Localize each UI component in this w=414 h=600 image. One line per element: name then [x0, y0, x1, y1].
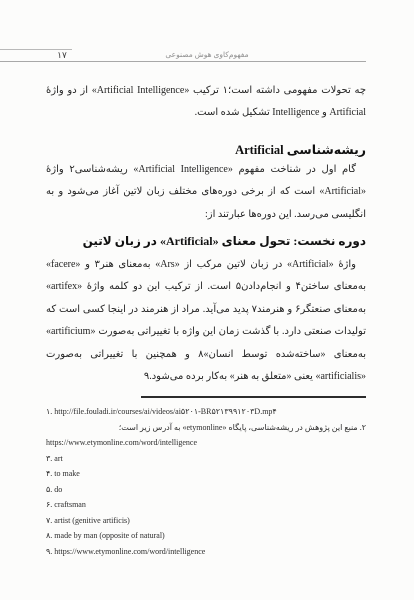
footnote-item: ۳. art: [46, 451, 366, 467]
paragraph-line: «Artificial» است که از برخی دوره‌های مخت…: [46, 181, 366, 203]
paragraph-line: «artificialis» یعنی «متعلق به هنر» به‌کا…: [46, 366, 366, 388]
body-text-block: چه تحولات مفهومی داشته است؛۱ ترکیب «Arti…: [46, 80, 366, 559]
paragraph-latin-meaning: واژهٔ «Artificial» در زبان لاتین مرکب از…: [46, 254, 366, 388]
footnote-item: ۷. artist (genitive artificis): [46, 513, 366, 529]
running-header-title: مفهوم‌کاوی هوش مصنوعی: [0, 50, 414, 59]
footnote-item: ۹. https://www.etymonline.com/word/intel…: [46, 544, 366, 560]
footnote-item: ۴. to make: [46, 466, 366, 482]
paragraph-line: واژهٔ «Artificial» در زبان لاتین مرکب از…: [46, 254, 366, 276]
paragraph-line: گام اول در شناخت مفهوم «Artificial Intel…: [46, 159, 366, 181]
section-heading-first-period-latin: دوره نخست: تحول معنای «Artificial» در زب…: [46, 232, 366, 250]
paragraph-line: Artificial و Intelligence تشکیل شده است.: [46, 102, 366, 124]
paragraph-line: به‌معنای «ساخته‌شده توسط انسان»۸ و همچنی…: [46, 344, 366, 366]
section-heading-artificial-etymology: ریشه‌شناسی Artificial: [46, 141, 366, 159]
footnotes-block: ۱. http://file.fouladi.ir/courses/ai/vid…: [46, 404, 366, 559]
footnote-item: ۱. http://file.fouladi.ir/courses/ai/vid…: [46, 404, 366, 420]
footnote-item: ۵. do: [46, 482, 366, 498]
paragraph-intro: چه تحولات مفهومی داشته است؛۱ ترکیب «Arti…: [46, 80, 366, 125]
paragraph-etymology-overview: گام اول در شناخت مفهوم «Artificial Intel…: [46, 159, 366, 226]
scanned-book-page: ۱۷ مفهوم‌کاوی هوش مصنوعی چه تحولات مفهوم…: [0, 0, 414, 600]
footnote-item: ۶. craftsman: [46, 497, 366, 513]
footnote-item: ۸. made by man (opposite of natural): [46, 528, 366, 544]
paragraph-line: به‌معنای صنعتگر۶ و هنرمند۷ پدید می‌آید. …: [46, 299, 366, 321]
paragraph-line: چه تحولات مفهومی داشته است؛۱ ترکیب «Arti…: [46, 80, 366, 102]
header-rule: [0, 61, 366, 62]
paragraph-line: انگلیسی می‌رسد. این دوره‌ها عبارتند از:: [46, 204, 366, 226]
footnote-separator: [141, 396, 366, 398]
paragraph-line: به‌معنای ساختن۴ و انجام‌دادن۵ است. از تر…: [46, 276, 366, 298]
footnote-item: ۲. منبع این پژوهش در ریشه‌شناسی، پایگاه …: [46, 420, 366, 436]
paragraph-line: تولیدات صنعتی دارد. با گذشت زمان این واژ…: [46, 321, 366, 343]
footnote-item: https://www.etymonline.com/word/intellig…: [46, 435, 366, 451]
